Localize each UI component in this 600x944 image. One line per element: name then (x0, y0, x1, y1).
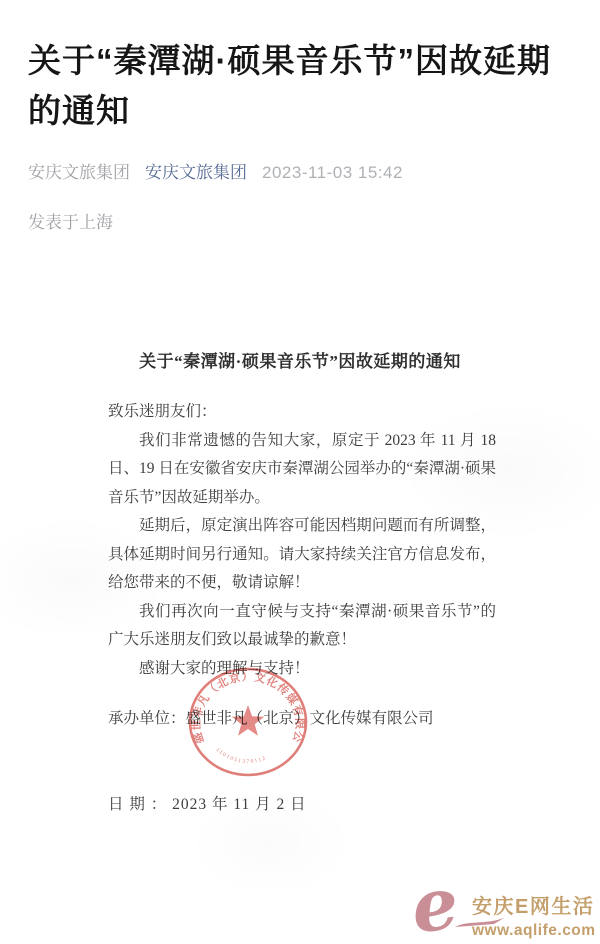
notice-title: 关于“秦潭湖·硕果音乐节”因故延期的通知 (0, 347, 600, 372)
publish-location: 发表于上海 (28, 208, 578, 233)
article-header: 关于“秦潭湖·硕果音乐节”因故延期的通知 安庆文旅集团 安庆文旅集团 2023-… (28, 36, 578, 233)
seal-serial-text: 1101051370112 (215, 747, 268, 765)
watermark-site-name: 安庆E网生活 (472, 890, 596, 919)
watermark-text: 安庆E网生活 www.aqlife.com (472, 890, 596, 940)
author-name: 安庆文旅集团 (28, 158, 130, 183)
svg-text:1101051370112: 1101051370112 (215, 747, 268, 765)
notice-paragraph: 延期后，原定演出阵容可能因档期问题而有所调整，具体延期时间另行通知。请大家持续关… (108, 512, 496, 598)
notice-paragraph: 我们非常遗憾的告知大家，原定于 2023 年 11 月 18 日、19 日在安徽… (108, 427, 496, 513)
notice-scan-image[interactable]: 关于“秦潭湖·硕果音乐节”因故延期的通知 致乐迷朋友们： 我们非常遗憾的告知大家… (0, 268, 600, 944)
publish-timestamp: 2023-11-03 15:42 (262, 163, 403, 183)
seal-star-icon (232, 705, 264, 736)
notice-paragraphs: 我们非常遗憾的告知大家，原定于 2023 年 11 月 18 日、19 日在安徽… (108, 427, 496, 684)
account-link[interactable]: 安庆文旅集团 (145, 158, 247, 183)
article-title: 关于“秦潭湖·硕果音乐节”因故延期的通知 (28, 36, 578, 136)
site-watermark: e 安庆E网生活 www.aqlife.com (412, 886, 598, 942)
watermark-site-url: www.aqlife.com (472, 922, 596, 940)
notice-paragraph: 我们再次向一直守候与支持“秦潭湖·硕果音乐节”的广大乐迷朋友们致以最诚挚的歉意！ (108, 598, 496, 655)
seal-company-text: 盛世非凡（北京）文化传媒有限公司 (186, 666, 307, 746)
notice-body: 致乐迷朋友们： 我们非常遗憾的告知大家，原定于 2023 年 11 月 18 日… (108, 398, 496, 683)
company-seal: 盛世非凡（北京）文化传媒有限公司 1101051370112 (186, 666, 312, 780)
notice-salutation: 致乐迷朋友们： (108, 398, 496, 427)
article-meta: 安庆文旅集团 安庆文旅集团 2023-11-03 15:42 (28, 158, 578, 183)
svg-text:盛世非凡（北京）文化传媒有限公司: 盛世非凡（北京）文化传媒有限公司 (186, 666, 307, 746)
notice-date: 日 期 ： 2023 年 11 月 2 日 (108, 792, 307, 814)
